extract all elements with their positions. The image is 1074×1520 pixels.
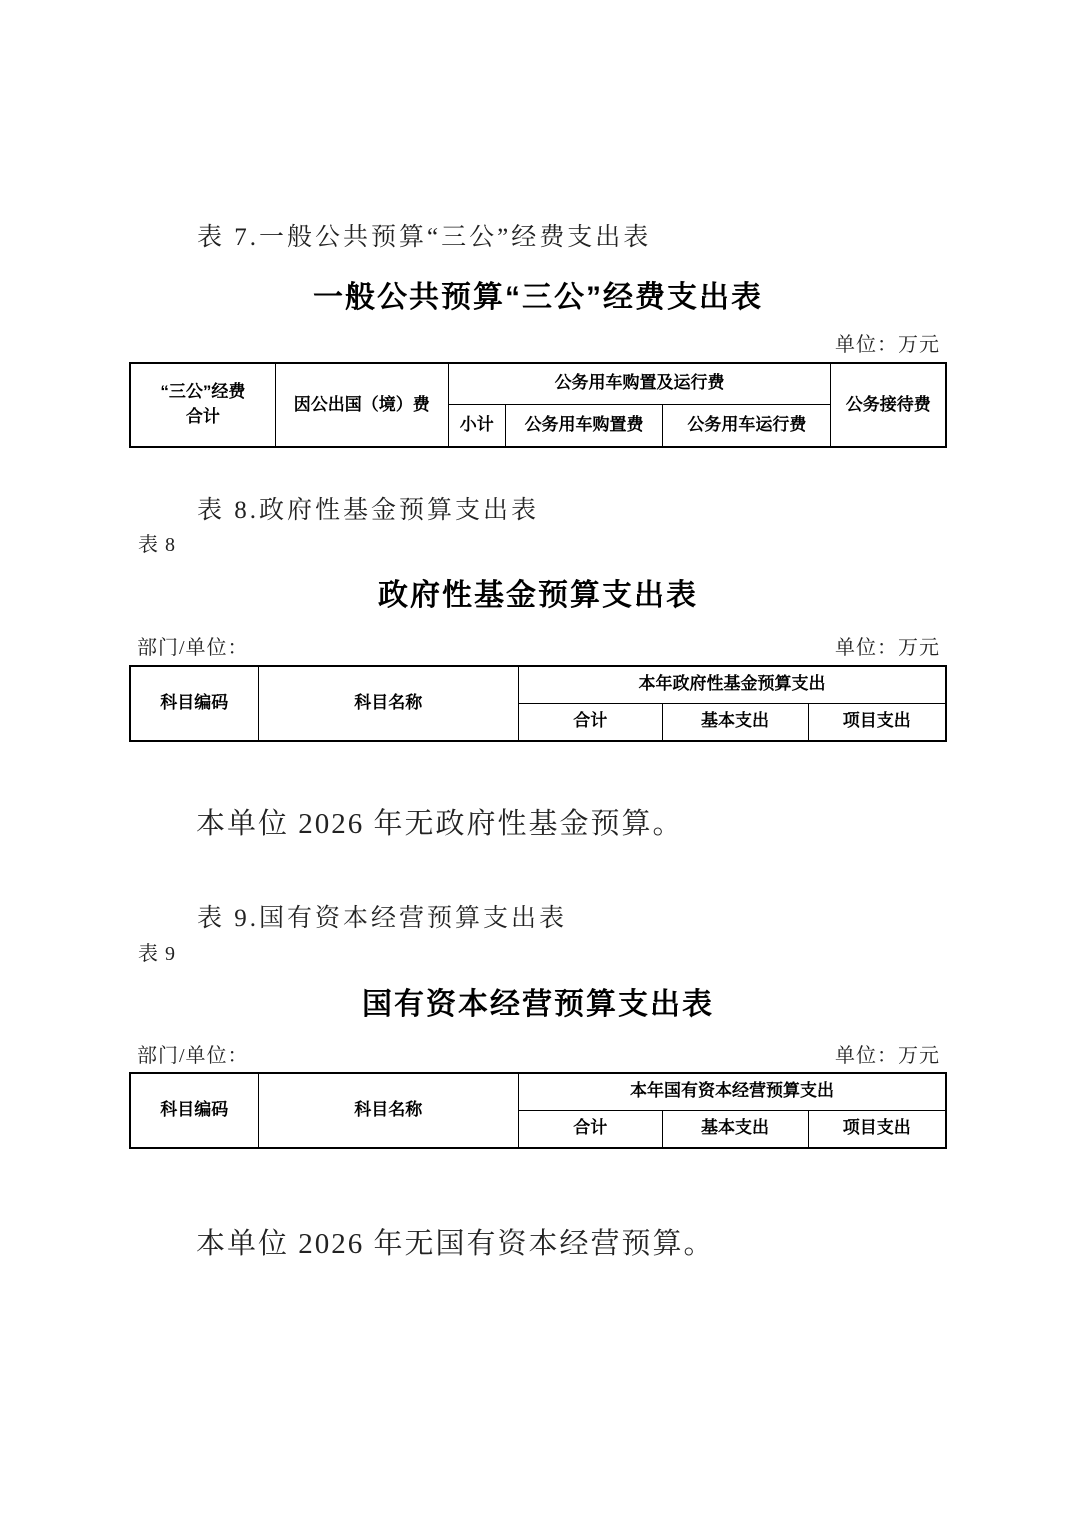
section9-table-label: 表 9	[138, 937, 176, 966]
col-header-vehicle-group: 公务用车购置及运行费	[448, 363, 831, 404]
col-header-reception: 公务接待费	[831, 363, 946, 447]
section8-meta-row: 部门/单位： 单位：万元	[130, 631, 946, 660]
col-header-total: 合计	[518, 1110, 662, 1148]
section9-unit-label: 单位：万元	[835, 1039, 940, 1068]
section7-title: 一般公共预算“三公”经费支出表	[130, 272, 946, 316]
section9-dept-label: 部门/单位：	[137, 1039, 249, 1068]
col-header-total: 合计	[518, 703, 662, 741]
section8-dept-label: 部门/单位：	[137, 631, 249, 660]
section8-heading: 表 8.政府性基金预算支出表	[197, 490, 539, 526]
section8-table-label: 表 8	[138, 528, 176, 557]
section8-title: 政府性基金预算支出表	[130, 570, 946, 614]
section9-title: 国有资本经营预算支出表	[130, 979, 946, 1023]
section8-unit-label: 单位：万元	[835, 631, 940, 660]
col-header-basic: 基本支出	[662, 1110, 808, 1148]
col-header-abroad: 因公出国（境）费	[275, 363, 448, 447]
col-header-year-group: 本年政府性基金预算支出	[518, 666, 946, 703]
state-capital-budget-table: 科目编码 科目名称 本年国有资本经营预算支出 合计 基本支出 项目支出	[129, 1072, 947, 1149]
section8-note: 本单位 2026 年无政府性基金预算。	[196, 801, 684, 842]
col-header-basic: 基本支出	[662, 703, 808, 741]
col-header-subtotal: 小计	[448, 404, 505, 447]
col-header-subject-code: 科目编码	[130, 1073, 258, 1148]
section9-heading: 表 9.国有资本经营预算支出表	[197, 898, 567, 934]
sangong-expense-table: “三公”经费 合计 因公出国（境）费 公务用车购置及运行费 公务接待费 小计 公…	[129, 362, 947, 448]
col-header-vehicle-purchase: 公务用车购置费	[505, 404, 662, 447]
col-header-project: 项目支出	[808, 703, 946, 741]
col-header-year-group: 本年国有资本经营预算支出	[518, 1073, 946, 1110]
col-header-subject-name: 科目名称	[258, 1073, 518, 1148]
gov-fund-budget-table: 科目编码 科目名称 本年政府性基金预算支出 合计 基本支出 项目支出	[129, 665, 947, 742]
document-page: 表 7.一般公共预算“三公”经费支出表 一般公共预算“三公”经费支出表 单位：万…	[0, 0, 1074, 1520]
col-header-subject-name: 科目名称	[258, 666, 518, 741]
col-header-project: 项目支出	[808, 1110, 946, 1148]
section9-meta-row: 部门/单位： 单位：万元	[130, 1039, 946, 1068]
col-header-sangong-total: “三公”经费 合计	[130, 363, 275, 447]
col-header-vehicle-operation: 公务用车运行费	[663, 404, 831, 447]
section9-note: 本单位 2026 年无国有资本经营预算。	[196, 1221, 715, 1262]
section7-heading: 表 7.一般公共预算“三公”经费支出表	[197, 217, 651, 253]
col-header-subject-code: 科目编码	[130, 666, 258, 741]
section7-unit-label: 单位：万元	[130, 328, 946, 357]
